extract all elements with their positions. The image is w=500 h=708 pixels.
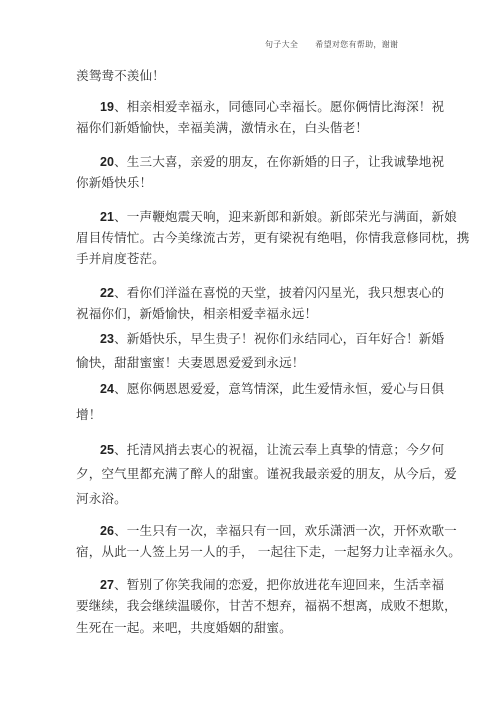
- item-number: 26: [100, 524, 114, 538]
- item-20-line-1: 20、生三大喜，亲爱的朋友，在你新婚的日子，让我诚挚地祝: [100, 154, 430, 170]
- item-26-line-2: 宿，从此一人签上另一人的手， 一起往下走，一起努力让幸福永久。: [76, 544, 406, 560]
- header-note: 希望对您有帮助，谢谢: [315, 40, 398, 49]
- item-22-line-2: 祝福你们，新婚愉快，相亲相爱幸福永远！: [76, 306, 406, 322]
- page-header: 句子大全 希望对您有帮助，谢谢: [265, 39, 398, 50]
- item-21-line-3: 手并肩度苍茫。: [76, 251, 406, 267]
- item-27-line-2: 要继续，我会继续温暖你，甘苦不想弃，福祸不想离，成败不想欺，: [76, 598, 406, 614]
- item-24-line-1: 24、愿你俩恩恩爱爱，意笃情深，此生爱情永恒，爱心与日俱: [100, 381, 430, 397]
- carryover-line: 羡鸳鸯不羡仙！: [76, 68, 406, 84]
- item-22-line-1: 22、看你们洋溢在喜悦的天堂，披着闪闪星光，我只想衷心的: [100, 285, 430, 301]
- item-number: 23: [100, 332, 114, 346]
- item-number: 20: [100, 155, 114, 169]
- item-number: 21: [100, 210, 114, 224]
- item-19-line-1: 19、相亲相爱幸福永，同德同心幸福长。愿你俩情比海深！祝: [100, 99, 430, 115]
- item-number: 25: [100, 443, 114, 457]
- item-number: 22: [100, 286, 114, 300]
- item-26-line-1: 26、一生只有一次，幸福只有一回，欢乐潇洒一次，开怀欢歌一: [100, 523, 430, 539]
- item-19-line-2: 福你们新婚愉快，幸福美满，激情永在，白头偕老！: [76, 120, 406, 136]
- header-site: 句子大全: [265, 40, 298, 49]
- item-25-line-3: 河永浴。: [76, 491, 406, 507]
- item-number: 27: [100, 578, 114, 592]
- item-25-line-2: 夕，空气里都充满了醉人的甜蜜。谨祝我最亲爱的朋友，从今后，爱: [76, 466, 406, 482]
- item-27-line-1: 27、暂别了你笑我闹的恋爱，把你放进花车迎回来，生活幸福: [100, 577, 430, 593]
- item-number: 19: [100, 100, 114, 114]
- item-24-line-2: 增！: [76, 407, 406, 423]
- item-23-line-1: 23、新婚快乐，早生贵子！祝你们永结同心，百年好合！新婚: [100, 331, 430, 347]
- item-27-line-3: 生死在一起。来吧，共度婚姻的甜蜜。: [76, 620, 406, 636]
- item-23-line-2: 愉快，甜甜蜜蜜！夫妻恩恩爱爱到永远！: [76, 355, 406, 371]
- item-21-line-1: 21、一声鞭炮震天响，迎来新郎和新娘。新郎荣光与满面，新娘: [100, 209, 430, 225]
- item-20-line-2: 你新婚快乐！: [76, 175, 406, 191]
- item-number: 24: [100, 382, 114, 396]
- item-25-line-1: 25、托清风捎去衷心的祝福，让流云奉上真挚的情意；今夕何: [100, 442, 430, 458]
- item-21-line-2: 眉目传情忙。古今美缘流古芳，更有梁祝有绝唱，你情我意修同枕，携: [76, 230, 406, 246]
